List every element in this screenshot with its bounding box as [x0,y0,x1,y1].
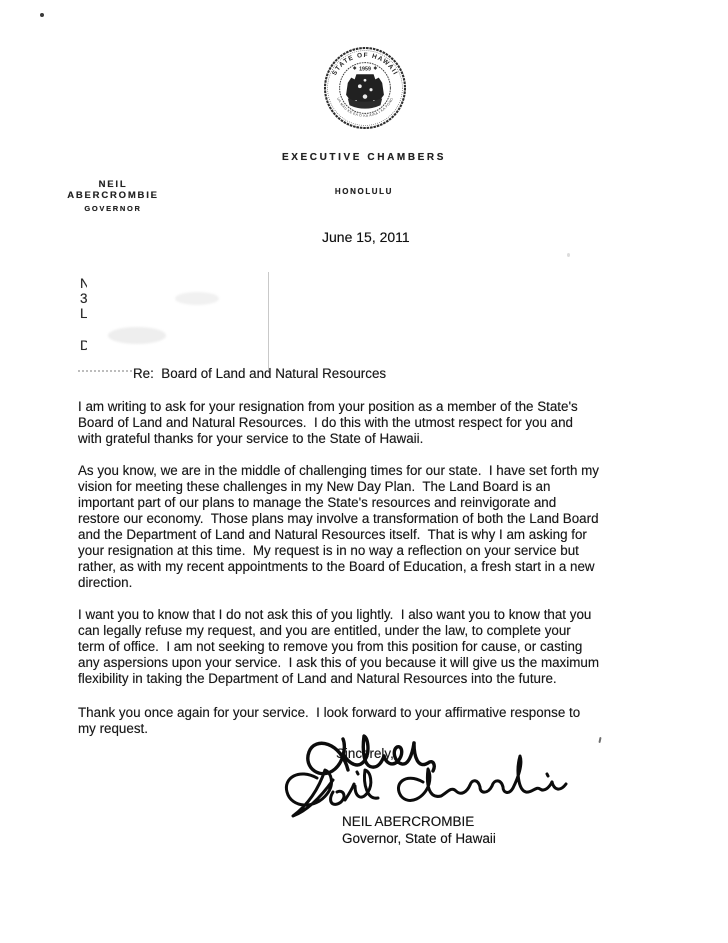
letterhead-governor-block: NEIL ABERCROMBIE GOVERNOR [55,179,171,213]
redacted-address-fragment: L [80,306,87,321]
letter-date: June 15, 2011 [322,229,410,245]
scan-speck [40,13,44,17]
scanned-letter-page: STATE OF HAWAII UA MAU KE EA O KA AINA I… [0,0,728,943]
hawaii-state-seal-icon: STATE OF HAWAII UA MAU KE EA O KA AINA I… [322,45,408,131]
redacted-address-fragment: 3 [80,291,87,306]
seal-year-text: 1959 [359,67,371,73]
body-paragraph-2: As you know, we are in the middle of cha… [78,463,703,591]
redaction-smudge [175,292,219,305]
letterhead-governor-title: GOVERNOR [55,204,171,213]
redacted-address-fragment: D [80,338,87,353]
aloha-handwriting-icon [308,736,434,774]
redaction-smudge [108,327,166,344]
redaction-dotted-line [78,370,132,372]
subject-line: Re: Board of Land and Natural Resources [133,366,386,381]
body-paragraph-1: I am writing to ask for your resignation… [78,399,703,447]
handwritten-signature [275,726,575,836]
letterhead-office: EXECUTIVE CHAMBERS [0,152,728,163]
body-paragraph-3: I want you to know that I do not ask thi… [78,607,703,687]
scan-speck [598,737,601,743]
redacted-address-fragment: N [80,276,87,291]
scan-speck [567,253,570,257]
redaction-box-edge [268,272,269,373]
letterhead-city: HONOLULU [0,187,728,196]
